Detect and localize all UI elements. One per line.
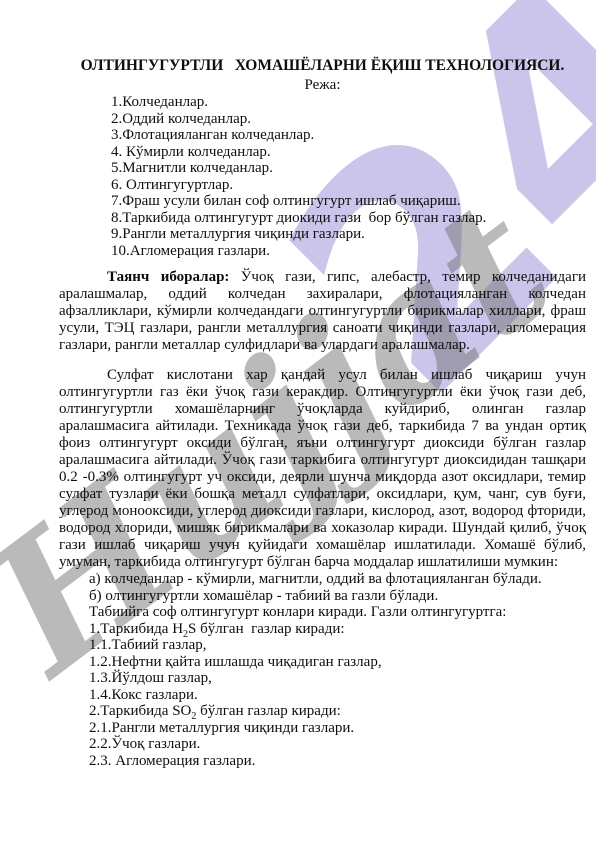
h2s-item: 1.1.Табиий газлар, [89,637,586,654]
plan-heading: Режа: [59,77,586,94]
plan-item: 7.Фраш усули билан соф олтингугурт ишлаб… [111,193,586,210]
h2s-post: S бўлган газлар киради: [188,621,344,637]
so2-item: 2.1.Рангли металлургия чиқинди газлари. [89,720,586,737]
plan-item: 3.Флотацияланган колчеданлар. [111,127,586,144]
so2-post: бўлган газлар киради: [196,703,340,719]
plan-item: 8.Таркибида олтингугурт диокиди гази бор… [111,210,586,227]
document-page: 24 Hujjat ОЛТИНГУГУРТЛИ ХОМАШЁЛАРНИ ЁҚИШ… [0,0,596,842]
plan-item: 4. Кўмирли колчеданлар. [111,144,586,161]
plan-item: 6. Олтингугуртлар. [111,177,586,194]
classification-line: Табиийга соф олтингугурт конлари киради.… [89,604,586,621]
plan-item: 5.Магнитли колчеданлар. [111,160,586,177]
plan-list: 1.Колчеданлар. 2.Оддий колчеданлар. 3.Фл… [111,94,586,259]
document-content: ОЛТИНГУГУРТЛИ ХОМАШЁЛАРНИ ЁҚИШ ТЕХНОЛОГИ… [0,0,596,769]
so2-heading-line: 2.Таркибида SO2 бўлган газлар киради: [89,703,586,720]
plan-item: 9.Рангли металлургия чиқинди газлари. [111,226,586,243]
so2-item: 2.3. Агломерация газлари. [89,753,586,770]
h2s-pre: 1.Таркибида H [89,621,183,637]
so2-pre: 2.Таркибида SO [89,703,191,719]
so2-item: 2.2.Ўчоқ газлари. [89,736,586,753]
key-terms-label: Таянч иборалар: [107,269,229,285]
plan-item: 1.Колчеданлар. [111,94,586,111]
document-title: ОЛТИНГУГУРТЛИ ХОМАШЁЛАРНИ ЁҚИШ ТЕХНОЛОГИ… [59,56,586,75]
h2s-item: 1.4.Кокс газлари. [89,687,586,704]
main-paragraph: Сулфат кислотани хар қандай усул билан и… [59,367,586,571]
key-terms-paragraph: Таянч иборалар: Ўчоқ гази, гипс, алебаст… [59,269,586,354]
plan-item: 2.Оддий колчеданлар. [111,111,586,128]
classification-line: б) олтингугуртли хомашёлар - табиий ва г… [89,588,586,605]
h2s-item: 1.3.Йўлдош газлар, [89,670,586,687]
plan-item: 10.Агломерация газлари. [111,243,586,260]
h2s-item: 1.2.Нефтни қайта ишлашда чиқадиган газла… [89,654,586,671]
classification-line: а) колчеданлар - кўмирли, магнитли, одди… [89,571,586,588]
h2s-heading-line: 1.Таркибида H2S бўлган газлар киради: [89,621,586,638]
